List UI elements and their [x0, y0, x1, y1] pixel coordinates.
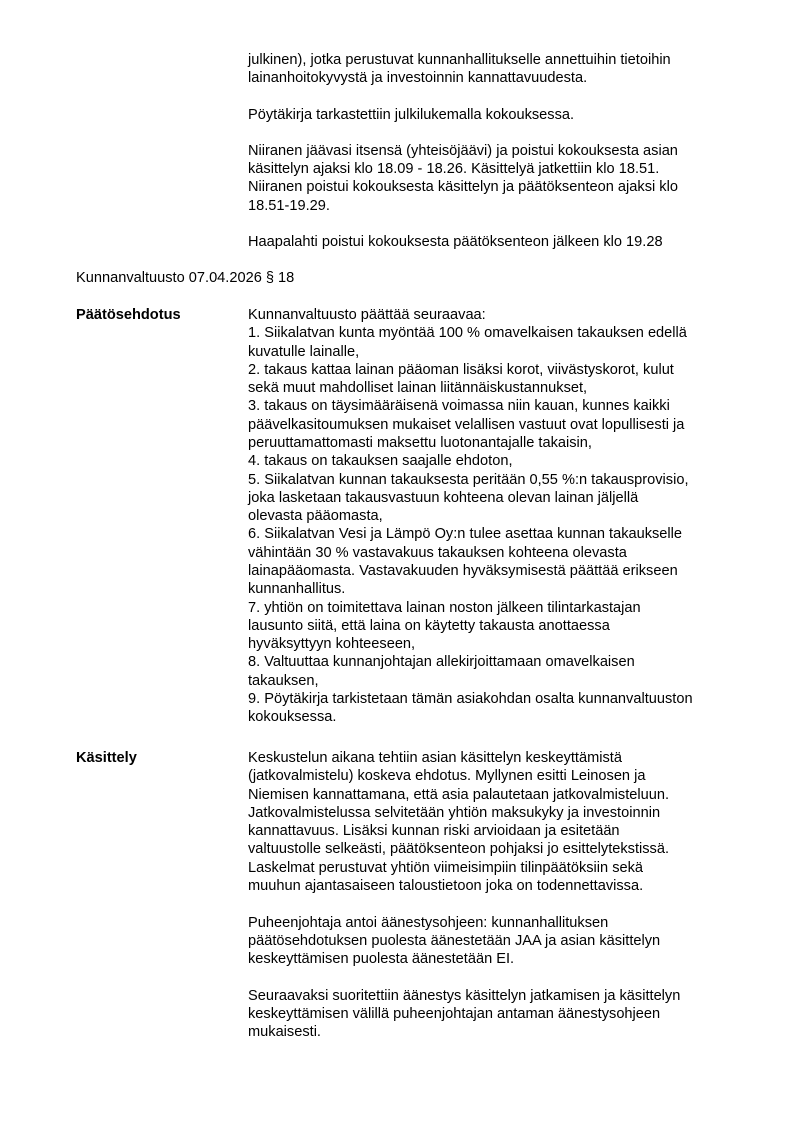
text-line: Niiranen jäävasi itsensä (yhteisöjäävi) … — [248, 142, 678, 160]
section-label: Käsittely — [76, 749, 137, 767]
text-line: lainanhoitokyvystä ja investoinnin kanna… — [248, 69, 587, 87]
text-line: 1. Siikalatvan kunta myöntää 100 % omave… — [248, 324, 687, 342]
text-line: käsittelyn ajaksi klo 18.09 - 18.26. Käs… — [248, 160, 659, 178]
text-line: 8. Valtuuttaa kunnanjohtajan allekirjoit… — [248, 653, 635, 671]
text-line: mukaisesti. — [248, 1023, 321, 1041]
text-line: keskeyttämisen välillä puheenjohtajan an… — [248, 1005, 660, 1023]
text-line: 6. Siikalatvan Vesi ja Lämpö Oy:n tulee … — [248, 525, 682, 543]
text-line: lausunto siitä, että laina on käytetty t… — [248, 617, 610, 635]
text-line: Laskelmat perustuvat yhtiön viimeisimpii… — [248, 859, 643, 877]
text-line: 9. Pöytäkirja tarkistetaan tämän asiakoh… — [248, 690, 693, 708]
text-line: päävelkasitoumuksen mukaiset velallisen … — [248, 416, 684, 434]
text-line: (jatkovalmistelu) koskeva ehdotus. Mylly… — [248, 767, 645, 785]
text-line: Keskustelun aikana tehtiin asian käsitte… — [248, 749, 622, 767]
document-page: julkinen), jotka perustuvat kunnanhallit… — [0, 0, 794, 1122]
text-line: Haapalahti poistui kokouksesta päätöksen… — [248, 233, 663, 251]
text-line: Kunnanvaltuusto päättää seuraavaa: — [248, 306, 486, 324]
text-line: 4. takaus on takauksen saajalle ehdoton, — [248, 452, 513, 470]
text-line: hyväksyttyyn kohteeseen, — [248, 635, 415, 653]
text-line: kunnanhallitus. — [248, 580, 345, 598]
text-line: kokouksessa. — [248, 708, 336, 726]
text-line: peruuttamattomasti maksettu luotonantaja… — [248, 434, 592, 452]
text-line: Niemisen kannattamana, että asia palaute… — [248, 786, 669, 804]
text-line: sekä muut mahdolliset lainan liitännäisk… — [248, 379, 587, 397]
section-label: Päätösehdotus — [76, 306, 181, 324]
text-line: lainapääomasta. Vastavakuuden hyväksymis… — [248, 562, 678, 580]
text-line: kuvatulle lainalle, — [248, 343, 359, 361]
text-line: vähintään 30 % vastavakuus takauksen koh… — [248, 544, 627, 562]
text-line: 18.51-19.29. — [248, 197, 330, 215]
text-line: Puheenjohtaja antoi äänestysohjeen: kunn… — [248, 914, 608, 932]
text-line: joka lasketaan takausvastuun kohteena ol… — [248, 489, 638, 507]
text-line: 5. Siikalatvan kunnan takauksesta peritä… — [248, 471, 689, 489]
text-line: 7. yhtiön on toimitettava lainan noston … — [248, 599, 641, 617]
text-line: olevasta pääomasta, — [248, 507, 383, 525]
text-line: Seuraavaksi suoritettiin äänestys käsitt… — [248, 987, 680, 1005]
text-line: Pöytäkirja tarkastettiin julkilukemalla … — [248, 106, 574, 124]
text-line: Niiranen poistui kokouksesta käsittelyn … — [248, 178, 678, 196]
text-line: muuhun ajantasaiseen taloustietoon joka … — [248, 877, 643, 895]
meeting-header: Kunnanvaltuusto 07.04.2026 § 18 — [76, 269, 294, 287]
text-line: Jatkovalmistelussa selvitetään yhtiön ma… — [248, 804, 660, 822]
text-line: päätösehdotuksen puolesta äänestetään JA… — [248, 932, 660, 950]
text-line: 2. takaus kattaa lainan pääoman lisäksi … — [248, 361, 674, 379]
text-line: takauksen, — [248, 672, 319, 690]
text-line: julkinen), jotka perustuvat kunnanhallit… — [248, 51, 671, 69]
text-line: valtuustolle selkeästi, päätöksenteon po… — [248, 840, 669, 858]
text-line: kannattavuus. Lisäksi kunnan riski arvio… — [248, 822, 620, 840]
text-line: keskeyttämisen puolesta äänestetään EI. — [248, 950, 514, 968]
text-line: 3. takaus on täysimääräisenä voimassa ni… — [248, 397, 670, 415]
